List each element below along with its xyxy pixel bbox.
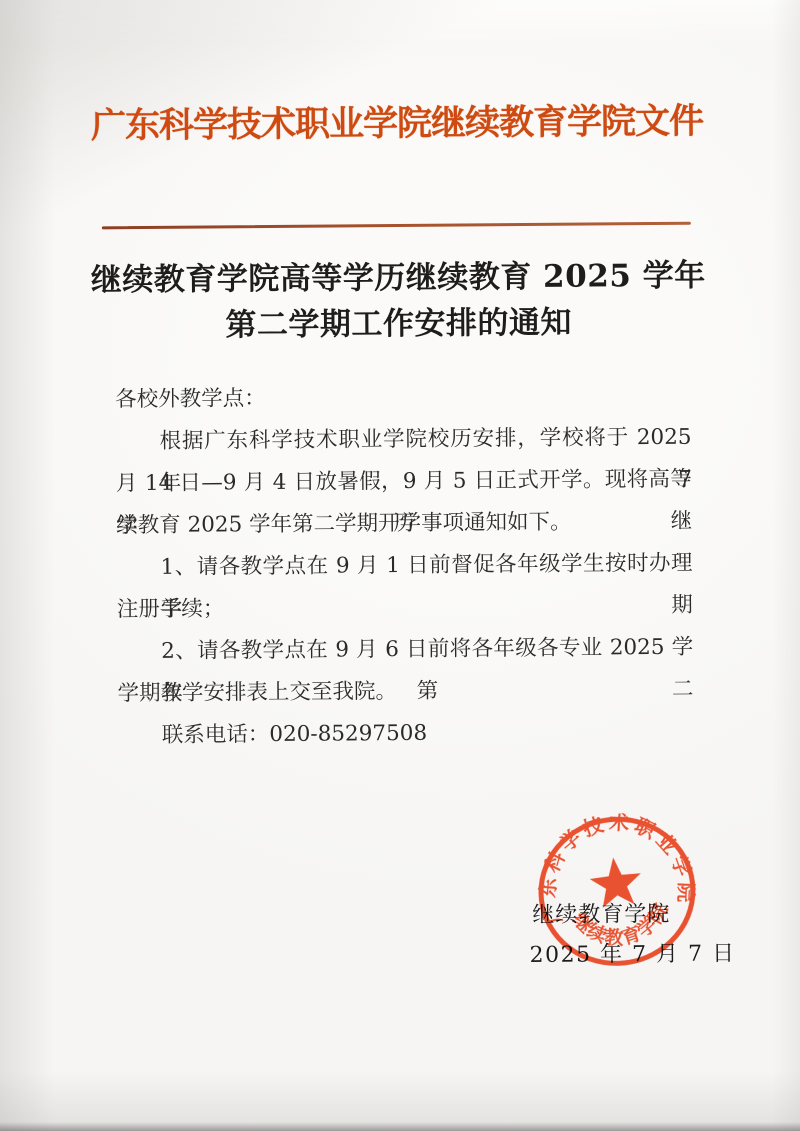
notice-title-line-2: 第二学期工作安排的通知 [0, 295, 799, 346]
scanned-document-page: 广东科学技术职业学院继续教育学院文件 继续教育学院高等学历继续教育 2025 学… [0, 0, 800, 1131]
body-line-item-2: 2、请各教学点在 9 月 6 日前将各年级各专业 2025 学年第二 [117, 627, 693, 674]
body-line: 根据广东科学技术职业学院校历安排，学校将于 2025 年 7 [115, 417, 691, 464]
body-line: 月 14 日—9 月 4 日放暑假，9 月 5 日正式开学。现将高等学历继 [116, 459, 692, 506]
signature-date: 2025 年 7 月 7 日 [529, 936, 735, 969]
notice-title-line-1: 继续教育学院高等学历继续教育 2025 学年 [0, 249, 798, 300]
body-line-salutation: 各校外教学点： [115, 375, 691, 422]
red-letterhead-title: 广东科学技术职业学院继续教育学院文件 [0, 93, 797, 149]
signature-department: 继续教育学院 [532, 897, 670, 929]
body-line-contact-phone: 联系电话：020-85297508 [118, 711, 694, 758]
body-line-item-1: 1、请各教学点在 9 月 1 日前督促各年级学生按时办理学期 [116, 543, 692, 590]
notice-body: 各校外教学点： 根据广东科学技术职业学院校历安排，学校将于 2025 年 7 月… [115, 375, 694, 758]
letterhead-divider-rule [102, 222, 691, 230]
document-content: 广东科学技术职业学院继续教育学院文件 继续教育学院高等学历继续教育 2025 学… [0, 0, 800, 1131]
